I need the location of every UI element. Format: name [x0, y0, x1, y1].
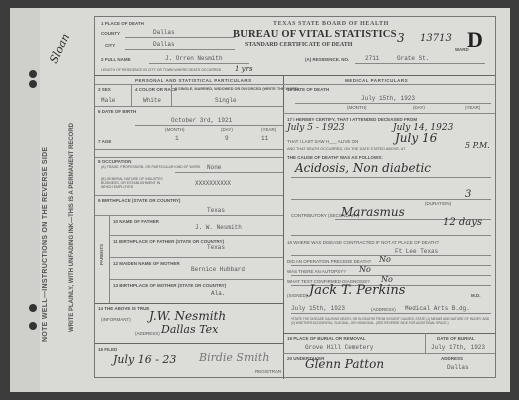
informant-address: Dallas Tex: [161, 323, 218, 336]
burial-date-value: July 17th, 1923: [431, 344, 485, 351]
date-of-death-label: 16 DATE OF DEATH: [287, 87, 329, 92]
length-of-residence-value: 1 yrs: [235, 65, 253, 73]
date-of-death-value: July 15th, 1923: [361, 95, 415, 102]
disease-contracted-value: Ft Lee Texas: [395, 248, 438, 255]
city-label: City: [105, 43, 115, 48]
registration-district-number: 3: [397, 31, 405, 45]
registrar-label: Registrar: [255, 369, 281, 374]
filed-date: July 16 - 23: [113, 353, 176, 366]
marital-status-label: 5 SINGLE, MARRIED, WIDOWED OR DIVORCED (…: [175, 87, 299, 91]
father-birthplace-value: Texas: [207, 244, 225, 251]
city-value: Dallas: [153, 41, 175, 48]
signed-date: July 15th, 1923: [291, 305, 345, 312]
ward-label: Ward: [455, 47, 469, 52]
physician-address: Medical Arts B.dg.: [405, 305, 470, 312]
age-years: 1: [175, 135, 179, 142]
father-name-label: 10 NAME OF FATHER: [113, 219, 159, 224]
medical-particulars-heading: MEDICAL PARTICULARS: [345, 78, 408, 83]
margin-note-instructions: NOTE WELL—INSTRUCTIONS ON THE REVERSE SI…: [42, 147, 49, 342]
age-days: 11: [261, 135, 268, 142]
operation-label: Did an operation precede death?: [287, 259, 371, 264]
margin-handwritten-initials: Sloan: [47, 32, 72, 66]
father-name-value: J. W. Nesmith: [195, 224, 242, 231]
personal-particulars-heading: PERSONAL AND STATISTICAL PARTICULARS: [135, 78, 252, 83]
burial-place-label: 19 PLACE OF BURIAL OR REMOVAL: [287, 336, 366, 341]
attended-from: July 5 - 1923: [287, 123, 345, 133]
death-month-sublabel: (Month): [347, 105, 367, 110]
residence-street: Grate St.: [397, 55, 429, 62]
residence-label: (a) RESIDENCE. No.: [305, 57, 349, 62]
certificate-type-title: STANDARD CERTIFICATE OF DEATH: [245, 42, 352, 48]
parents-side-label: PARENTS: [99, 244, 104, 265]
undertaker-address-value: Dallas: [447, 364, 469, 371]
age-months: 9: [225, 135, 229, 142]
occupation-value: None: [207, 164, 221, 171]
certify-label: 17 I HEREBY CERTIFY, That I attended dec…: [287, 117, 417, 122]
burial-date-label: DATE OF BURIAL: [437, 336, 475, 341]
registrar-signature: Birdie Smith: [199, 351, 269, 364]
industry-label: (b) General nature of industry, business…: [101, 177, 171, 189]
punch-hole: [29, 322, 37, 330]
autopsy-value: No: [359, 265, 371, 274]
birth-date-value: October 3rd, 1921: [171, 117, 232, 124]
birthplace-label: 9 BIRTHPLACE (State or country): [98, 198, 180, 203]
death-time-label: and that death occurred, on the date sta…: [287, 147, 405, 151]
age-label: 7 AGE: [98, 139, 111, 144]
industry-value: XXXXXXXXXX: [195, 180, 231, 187]
cause-of-death-label: The CAUSE OF DEATH* was as follows:: [287, 155, 383, 160]
contributory-duration: 12 days: [443, 217, 482, 228]
physician-signature: Jack T. Perkins: [309, 283, 405, 298]
certificate-form: 1 PLACE OF DEATH County Dallas City Dall…: [94, 16, 496, 378]
death-day-sublabel: (Day): [413, 105, 425, 110]
informant-section-label: 14 THE ABOVE IS TRUE: [98, 306, 149, 311]
birth-date-year-sublabel: (Year): [261, 127, 276, 132]
county-label: County: [101, 31, 120, 36]
punch-hole: [29, 80, 37, 88]
sex-label: 3 SEX: [98, 87, 111, 92]
length-of-residence-label: Length of residence in city or town wher…: [101, 68, 221, 72]
signed-label: (Signed): [287, 293, 307, 298]
birth-date-label: 6 DATE OF BIRTH: [98, 109, 136, 114]
burial-place-value: Grove Hill Cemetery: [305, 344, 373, 351]
undertaker-address-label: ADDRESS: [441, 356, 463, 361]
duration-value: 3: [465, 189, 471, 200]
punch-hole: [29, 70, 37, 78]
form-letter: D: [467, 27, 483, 53]
physician-suffix: M.D.: [471, 293, 481, 298]
birth-date-day-sublabel: (Day): [221, 127, 233, 132]
county-value: Dallas: [153, 29, 175, 36]
last-saw-label: that I last saw h___ alive on: [287, 139, 358, 144]
cause-of-death-value: Acidosis, Non diabetic: [295, 161, 431, 175]
duration-label: (duration): [425, 201, 451, 206]
death-year-sublabel: (Year): [465, 105, 480, 110]
left-margin: NOTE WELL—INSTRUCTIONS ON THE REVERSE SI…: [14, 12, 92, 384]
birthplace-value: Texas: [207, 207, 225, 214]
color-value: White: [143, 97, 161, 104]
informant-label: (Informant): [101, 317, 131, 322]
mother-name-value: Bernice Hubbard: [191, 266, 245, 273]
cause-footnote: *State the Disease Causing Death, or in …: [291, 317, 491, 325]
disease-contracted-label: 18 Where was disease contracted if not a…: [287, 240, 439, 245]
death-time-value: 5 P.M.: [465, 141, 490, 150]
physician-address-label: (Address): [371, 307, 396, 312]
autopsy-label: Was there an autopsy?: [287, 269, 346, 274]
operation-value: No: [379, 255, 391, 264]
undertaker-signature: Glenn Patton: [305, 357, 384, 371]
birth-date-month-sublabel: (Month): [165, 127, 185, 132]
mother-birthplace-value: Ala.: [211, 290, 225, 297]
mother-birthplace-label: 13 BIRTHPLACE OF MOTHER (State or countr…: [113, 283, 226, 288]
mother-name-label: 12 MAIDEN NAME OF MOTHER: [113, 261, 180, 266]
certificate-number: 13713: [420, 33, 452, 44]
contributory-value: Marasmus: [341, 205, 405, 219]
last-saw-value: July 16: [395, 131, 437, 145]
place-of-death-label: 1 PLACE OF DEATH: [101, 21, 144, 26]
informant-address-label: (Address): [135, 331, 160, 336]
occupation-label: 8 OCCUPATION: [98, 159, 131, 164]
margin-note-write-plainly: WRITE PLAINLY, WITH UNFADING INK—THIS IS…: [69, 123, 75, 332]
marital-status-value: Single: [215, 97, 237, 104]
residence-number: 2711: [365, 55, 379, 62]
punch-hole: [29, 304, 37, 312]
full-name-value: J. Orren Nesmith: [165, 55, 223, 62]
bureau-title: BUREAU OF VITAL STATISTICS: [233, 29, 397, 40]
informant-signature: J.W. Nesmith: [149, 309, 226, 323]
agency-title: TEXAS STATE BOARD OF HEALTH: [273, 21, 389, 27]
filed-label: 15 Filed: [98, 347, 117, 352]
occupation-trade-label: (a) Trade, profession, or particular kin…: [101, 165, 200, 169]
full-name-label: 2 FULL NAME: [101, 57, 131, 62]
sex-value: Male: [101, 97, 115, 104]
